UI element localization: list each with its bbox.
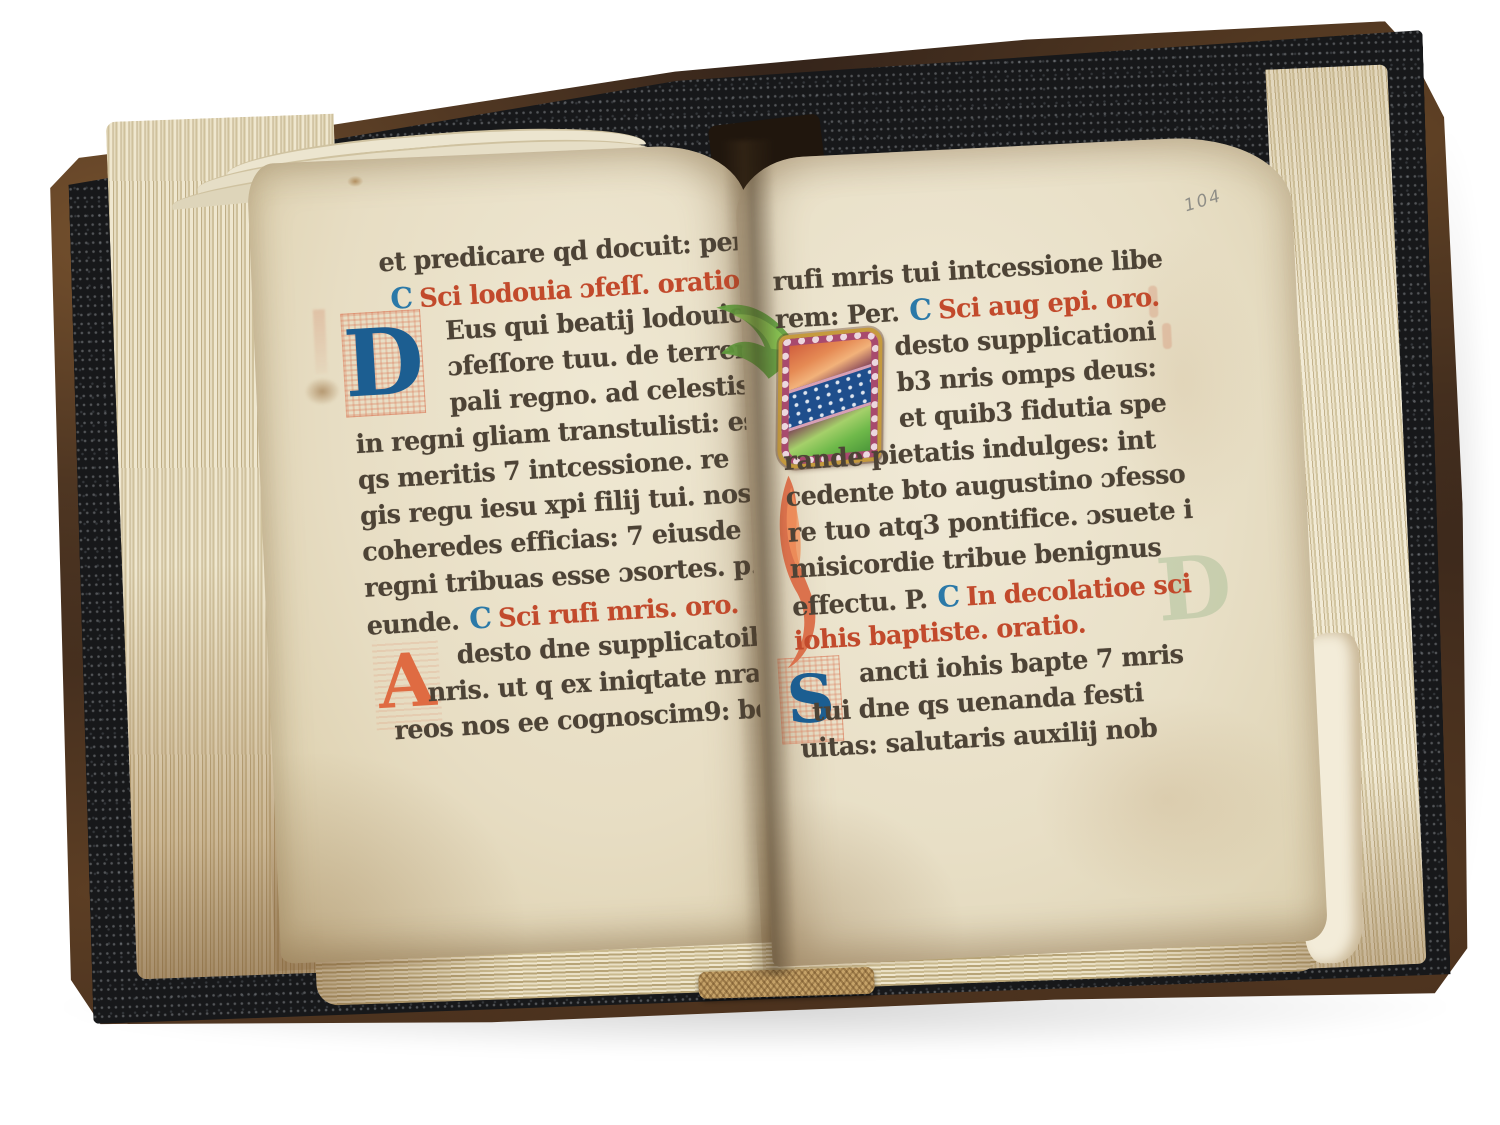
page-stain bbox=[304, 377, 341, 407]
right-page-lines: rufi mris tui intcessione liberem: Per. … bbox=[772, 240, 1211, 767]
paraph-mark: C bbox=[387, 280, 420, 316]
ink-showthrough bbox=[313, 309, 328, 373]
page-soiling bbox=[266, 745, 525, 971]
page-stain bbox=[347, 175, 363, 187]
folio-number: 104 bbox=[1182, 186, 1225, 216]
paraph-mark: C bbox=[934, 579, 967, 615]
manuscript-book: D A et predicare qd docuit: per.CSci lod… bbox=[41, 19, 1477, 1038]
left-page-lines: et predicare qd docuit: per.CSci lodouia… bbox=[344, 224, 765, 750]
paraph-mark: C bbox=[906, 292, 939, 328]
body-text: eunde. bbox=[366, 606, 469, 642]
right-page-text: A S rufi mris tui intcessione liberem: P… bbox=[772, 240, 1211, 767]
photo-background: D A et predicare qd docuit: per.CSci lod… bbox=[0, 0, 1500, 1125]
left-page-text: D A et predicare qd docuit: per.CSci lod… bbox=[344, 224, 765, 750]
paraph-mark: C bbox=[466, 600, 499, 636]
left-page: D A et predicare qd docuit: per.CSci lod… bbox=[246, 143, 778, 964]
right-page: D 104 bbox=[733, 133, 1328, 967]
